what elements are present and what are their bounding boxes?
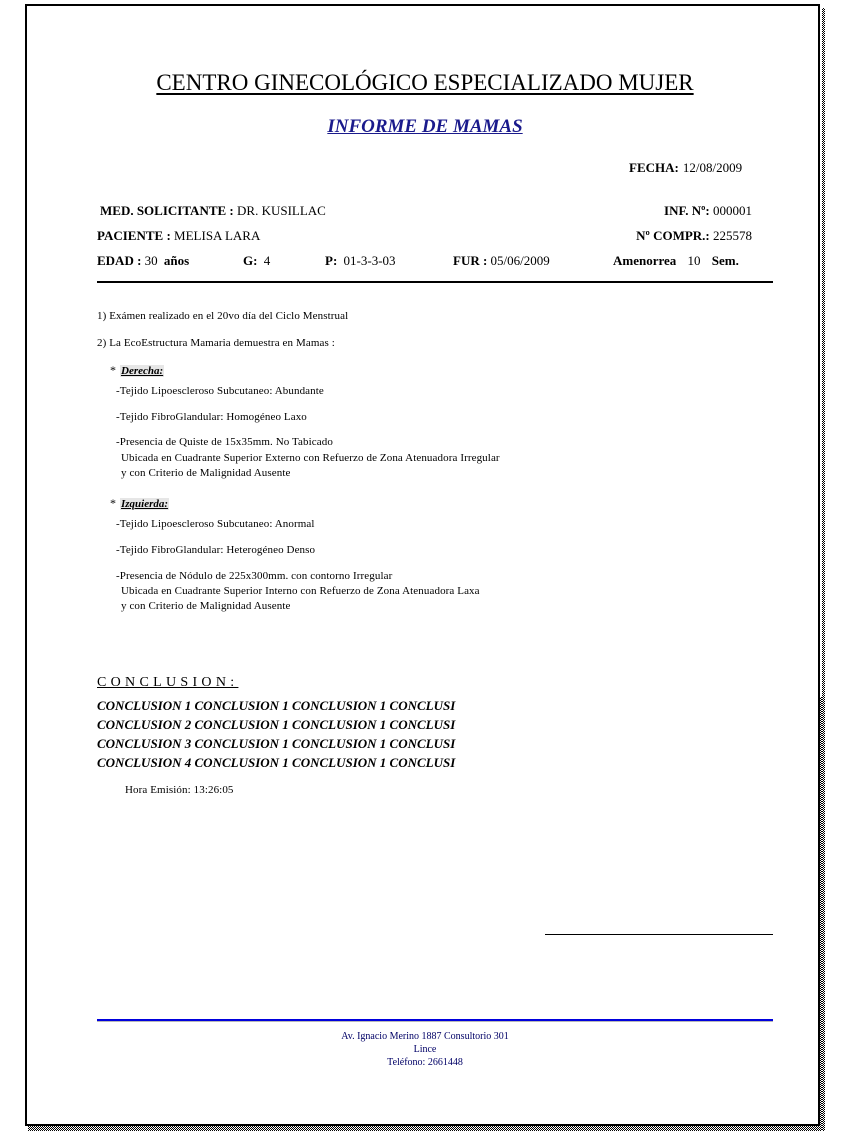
inf-value: 000001: [713, 203, 752, 218]
g-field: G: 4: [243, 253, 270, 269]
conclusion-line: CONCLUSION 4 CONCLUSION 1 CONCLUSION 1 C…: [97, 755, 455, 771]
fecha-label: FECHA:: [629, 160, 679, 175]
finding-item-1: 1) Exámen realizado en el 20vo día del C…: [97, 310, 348, 322]
derecha-line: y con Criterio de Malignidad Ausente: [121, 467, 290, 479]
footer-phone: Teléfono: 2661448: [0, 1057, 850, 1068]
izquierda-line: -Tejido Lipoescleroso Subcutaneo: Anorma…: [116, 518, 315, 530]
fecha-value: 12/08/2009: [683, 160, 742, 175]
header-divider: [97, 281, 773, 283]
izquierda-heading: * Izquierda:: [110, 494, 169, 512]
p-label: P:: [325, 253, 337, 268]
derecha-line: Ubicada en Cuadrante Superior Externo co…: [121, 452, 500, 464]
footer-district: Lince: [0, 1044, 850, 1055]
p-field: P: 01-3-3-03: [325, 253, 396, 269]
amenorrea-field: Amenorrea 10 Sem.: [613, 253, 739, 269]
bullet-star: *: [110, 496, 116, 510]
g-value: 4: [264, 253, 271, 268]
derecha-line: -Tejido Lipoescleroso Subcutaneo: Abunda…: [116, 385, 324, 397]
fur-label: FUR :: [453, 253, 487, 268]
amenorrea-label: Amenorrea: [613, 253, 676, 268]
paciente-field: PACIENTE : MELISA LARA: [97, 228, 260, 244]
derecha-line: -Presencia de Quiste de 15x35mm. No Tabi…: [116, 436, 333, 448]
izquierda-line: Ubicada en Cuadrante Superior Interno co…: [121, 585, 480, 597]
inf-field: INF. Nº: 000001: [664, 203, 752, 219]
compr-label: Nº COMPR.:: [636, 228, 710, 243]
paciente-label: PACIENTE :: [97, 228, 171, 243]
edad-field: EDAD : 30 años: [97, 253, 189, 269]
conclusion-line: CONCLUSION 2 CONCLUSION 1 CONCLUSION 1 C…: [97, 717, 455, 733]
medico-value: DR. KUSILLAC: [237, 203, 326, 218]
conclusion-title: CONCLUSION:: [97, 675, 238, 691]
hora-emision: Hora Emisión: 13:26:05: [125, 784, 234, 796]
edad-value: 30: [145, 253, 158, 268]
inf-label: INF. Nº:: [664, 203, 710, 218]
medico-label: MED. SOLICITANTE :: [100, 203, 234, 218]
footer-divider-shadow: [97, 1021, 773, 1022]
derecha-title: Derecha:: [120, 365, 164, 377]
footer-address: Av. Ignacio Merino 1887 Consultorio 301: [0, 1031, 850, 1042]
izquierda-line: -Tejido FibroGlandular: Heterogéneo Dens…: [116, 544, 315, 556]
clinic-title: CENTRO GINECOLÓGICO ESPECIALIZADO MUJER: [0, 70, 850, 96]
report-title: INFORME DE MAMAS: [0, 116, 850, 138]
fur-field: FUR : 05/06/2009: [453, 253, 550, 269]
fecha-field: FECHA: 12/08/2009: [629, 159, 742, 177]
conclusion-line: CONCLUSION 1 CONCLUSION 1 CONCLUSION 1 C…: [97, 698, 455, 714]
izquierda-title: Izquierda:: [120, 498, 169, 510]
compr-field: Nº COMPR.: 225578: [636, 228, 752, 244]
bullet-star: *: [110, 363, 116, 377]
conclusion-line: CONCLUSION 3 CONCLUSION 1 CONCLUSION 1 C…: [97, 736, 455, 752]
compr-value: 225578: [713, 228, 752, 243]
fur-value: 05/06/2009: [491, 253, 550, 268]
amenorrea-value: 10: [688, 253, 701, 268]
p-value: 01-3-3-03: [344, 253, 396, 268]
derecha-heading: * Derecha:: [110, 361, 164, 379]
edad-label: EDAD :: [97, 253, 141, 268]
izquierda-line: -Presencia de Nódulo de 225x300mm. con c…: [116, 570, 392, 582]
signature-line: [545, 934, 773, 935]
derecha-line: -Tejido FibroGlandular: Homogéneo Laxo: [116, 411, 307, 423]
g-label: G:: [243, 253, 257, 268]
edad-unit: años: [164, 253, 189, 268]
finding-item-2: 2) La EcoEstructura Mamaria demuestra en…: [97, 337, 335, 349]
amenorrea-unit: Sem.: [712, 253, 739, 268]
paciente-value: MELISA LARA: [174, 228, 260, 243]
page-shadow-right: [822, 8, 825, 1131]
medico-field: MED. SOLICITANTE : DR. KUSILLAC: [100, 203, 326, 219]
izquierda-line: y con Criterio de Malignidad Ausente: [121, 600, 290, 612]
